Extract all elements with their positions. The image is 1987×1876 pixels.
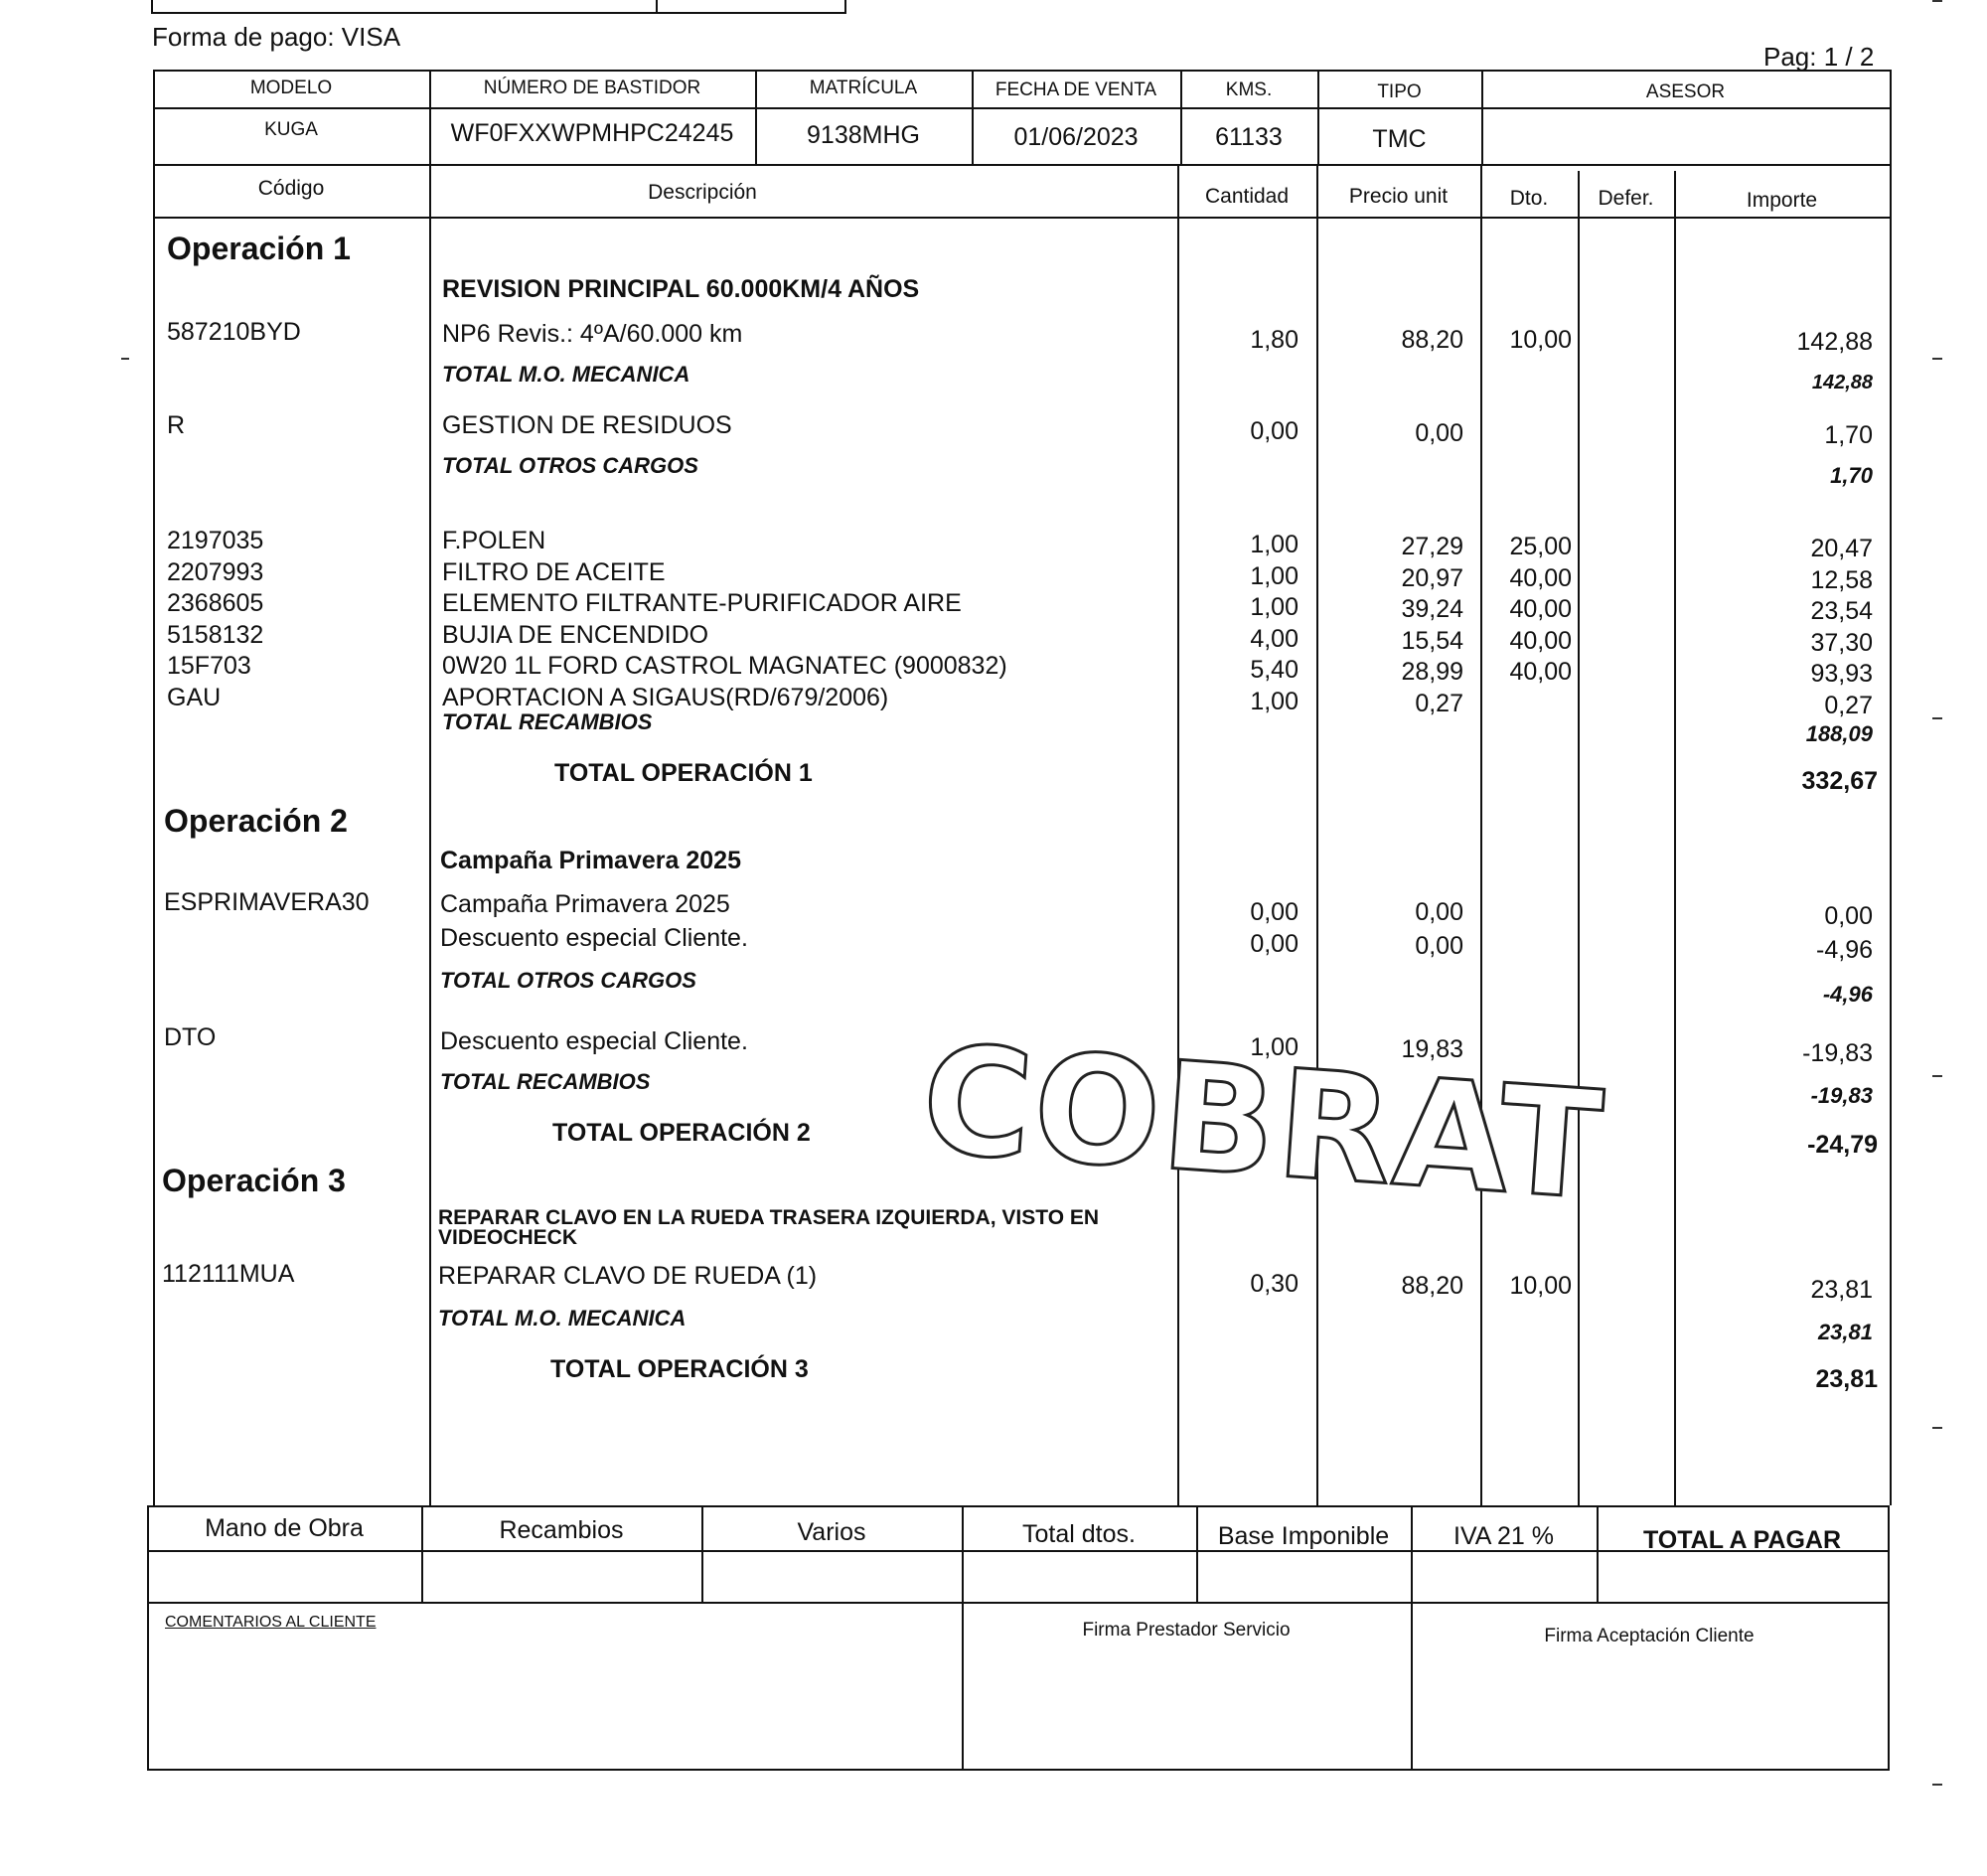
col-dto: Dto. (1480, 187, 1578, 211)
group-total-label: TOTAL M.O. MECANICA (442, 362, 689, 388)
margin-mark (1932, 1427, 1942, 1429)
row-desc: Descuento especial Cliente. (440, 924, 748, 953)
operation-total: -24,79 (1674, 1131, 1878, 1160)
header-matricula: MATRÍCULA (755, 78, 972, 99)
group-total: 142,88 (1674, 372, 1873, 394)
row-desc: Descuento especial Cliente. (440, 1027, 748, 1056)
row-code: 2207993 (167, 558, 263, 587)
header-bastidor: NÚMERO DE BASTIDOR (429, 78, 755, 99)
page-number: Pag: 1 / 2 (1763, 42, 1874, 73)
row-price: 0,00 (1316, 932, 1463, 961)
payment-label: Forma de pago: (152, 22, 335, 52)
margin-mark (1932, 1075, 1942, 1077)
group-total-label: TOTAL OTROS CARGOS (440, 968, 696, 994)
summary-recambios: Recambios (421, 1516, 701, 1545)
row-code: 112111MUA (162, 1260, 294, 1289)
row-amount: 0,00 (1674, 902, 1873, 931)
row-amount: 93,93 (1674, 660, 1873, 689)
row-desc: ELEMENTO FILTRANTE-PURIFICADOR AIRE (442, 589, 962, 618)
col-cantidad: Cantidad (1177, 185, 1316, 209)
group-total-label: TOTAL M.O. MECANICA (438, 1306, 686, 1331)
row-desc: Campaña Primavera 2025 (440, 890, 730, 919)
row-code: 587210BYD (167, 318, 301, 347)
margin-mark (1932, 358, 1942, 360)
margin-mark (1932, 717, 1942, 719)
value-kms: 61133 (1180, 123, 1317, 152)
summary-iva: IVA 21 % (1411, 1522, 1597, 1551)
row-dto: 40,00 (1480, 658, 1572, 687)
row-qty: 1,00 (1177, 531, 1299, 559)
row-desc: 0W20 1L FORD CASTROL MAGNATEC (9000832) (442, 652, 1007, 681)
col-defer: Defer. (1578, 187, 1674, 211)
row-code: 15F703 (167, 652, 251, 681)
row-price: 0,27 (1316, 690, 1463, 718)
row-qty: 1,00 (1177, 593, 1299, 622)
row-price: 15,54 (1316, 627, 1463, 656)
row-qty: 0,00 (1177, 898, 1299, 927)
row-qty: 1,00 (1177, 562, 1299, 591)
previous-box-left (151, 0, 153, 14)
row-code: ESPRIMAVERA30 (164, 888, 370, 917)
header-tipo: TIPO (1317, 81, 1481, 103)
operation-heading: Campaña Primavera 2025 (440, 847, 741, 875)
margin-mark (1932, 0, 1942, 2)
summary-mano-de-obra: Mano de Obra (147, 1514, 421, 1543)
value-tipo: TMC (1317, 125, 1481, 154)
row-amount: 142,88 (1674, 328, 1873, 357)
row-amount: -4,96 (1674, 936, 1873, 965)
provider-signature-label: Firma Prestador Servicio (962, 1620, 1411, 1641)
header-fecha-venta: FECHA DE VENTA (972, 79, 1180, 101)
row-code: 5158132 (167, 621, 263, 650)
header-kms: KMS. (1180, 79, 1317, 101)
value-modelo: KUGA (153, 119, 429, 141)
row-desc: APORTACION A SIGAUS(RD/679/2006) (442, 684, 888, 712)
operation-heading: REPARAR CLAVO EN LA RUEDA TRASERA IZQUIE… (438, 1208, 1153, 1248)
row-price: 20,97 (1316, 564, 1463, 593)
row-amount: 23,54 (1674, 597, 1873, 626)
paid-stamp: COBRAT (917, 1014, 1609, 1233)
row-qty: 1,80 (1177, 326, 1299, 355)
summary-total-dtos: Total dtos. (962, 1520, 1196, 1549)
row-code: R (167, 411, 185, 440)
row-price: 0,00 (1316, 419, 1463, 448)
row-dto: 10,00 (1480, 1272, 1572, 1301)
row-amount: 37,30 (1674, 629, 1873, 658)
row-dto: 10,00 (1480, 326, 1572, 355)
row-desc: NP6 Revis.: 4ºA/60.000 km (442, 320, 742, 349)
payment-value: VISA (342, 22, 400, 52)
row-desc: FILTRO DE ACEITE (442, 558, 666, 587)
group-total-label: TOTAL RECAMBIOS (442, 709, 652, 735)
operation-total: 332,67 (1674, 767, 1878, 796)
row-amount: -19,83 (1674, 1039, 1873, 1068)
row-desc: F.POLEN (442, 527, 545, 555)
operation-total: 23,81 (1674, 1365, 1878, 1394)
operation-title: Operación 3 (162, 1163, 346, 1199)
col-codigo: Código (153, 177, 429, 201)
row-code: 2368605 (167, 589, 263, 618)
row-dto: 25,00 (1480, 533, 1572, 561)
row-amount: 23,81 (1674, 1276, 1873, 1305)
row-amount: 0,27 (1674, 692, 1873, 720)
row-code: DTO (164, 1023, 216, 1052)
row-dto: 40,00 (1480, 595, 1572, 624)
summary-base-imponible: Base Imponible (1196, 1522, 1411, 1551)
value-fecha-venta: 01/06/2023 (972, 123, 1180, 152)
row-code: GAU (167, 684, 221, 712)
row-price: 88,20 (1316, 326, 1463, 355)
row-price: 27,29 (1316, 533, 1463, 561)
group-total: 1,70 (1674, 463, 1873, 489)
row-dto: 40,00 (1480, 564, 1572, 593)
row-desc: REPARAR CLAVO DE RUEDA (1) (438, 1262, 817, 1291)
summary-varios: Varios (701, 1518, 962, 1547)
row-amount: 20,47 (1674, 535, 1873, 563)
col-importe: Importe (1674, 189, 1890, 213)
operation-total-label: TOTAL OPERACIÓN 3 (550, 1355, 809, 1384)
row-desc: BUJIA DE ENCENDIDO (442, 621, 708, 650)
header-modelo: MODELO (153, 78, 429, 99)
row-code: 2197035 (167, 527, 263, 555)
row-price: 39,24 (1316, 595, 1463, 624)
payment-method: Forma de pago: VISA (152, 22, 400, 53)
row-price: 28,99 (1316, 658, 1463, 687)
group-total-label: TOTAL OTROS CARGOS (442, 453, 698, 479)
group-total: -19,83 (1674, 1083, 1873, 1109)
operation-title: Operación 1 (167, 231, 351, 267)
value-bastidor: WF0FXXWPMHPC24245 (429, 119, 755, 148)
operation-total-label: TOTAL OPERACIÓN 2 (552, 1119, 811, 1148)
row-amount: 12,58 (1674, 566, 1873, 595)
row-qty: 0,30 (1177, 1270, 1299, 1299)
client-signature-label: Firma Aceptación Cliente (1411, 1626, 1888, 1647)
group-total-label: TOTAL RECAMBIOS (440, 1069, 650, 1095)
margin-mark (121, 358, 129, 360)
operation-total-label: TOTAL OPERACIÓN 1 (554, 759, 813, 788)
group-total: 23,81 (1674, 1320, 1873, 1345)
group-total: 188,09 (1674, 721, 1873, 747)
row-qty: 0,00 (1177, 417, 1299, 446)
summary-total-a-pagar: TOTAL A PAGAR (1597, 1526, 1888, 1555)
comments-label: COMENTARIOS AL CLIENTE (165, 1614, 376, 1632)
previous-box-bottom (151, 12, 846, 14)
row-qty: 0,00 (1177, 930, 1299, 959)
row-desc: GESTION DE RESIDUOS (442, 411, 732, 440)
col-precio-unit: Precio unit (1316, 185, 1480, 209)
operation-title: Operación 2 (164, 803, 348, 840)
group-total: -4,96 (1674, 982, 1873, 1008)
header-asesor: ASESOR (1481, 81, 1890, 103)
previous-box-right (844, 0, 846, 14)
row-qty: 1,00 (1177, 688, 1299, 716)
previous-box-divider (656, 0, 658, 14)
row-price: 0,00 (1316, 898, 1463, 927)
row-dto: 40,00 (1480, 627, 1572, 656)
operation-heading: REVISION PRINCIPAL 60.000KM/4 AÑOS (442, 275, 919, 304)
col-descripcion: Descripción (429, 181, 976, 205)
row-price: 88,20 (1316, 1272, 1463, 1301)
row-qty: 4,00 (1177, 625, 1299, 654)
row-amount: 1,70 (1674, 421, 1873, 450)
margin-mark (1932, 1784, 1942, 1786)
row-qty: 5,40 (1177, 656, 1299, 685)
value-matricula: 9138MHG (755, 121, 972, 150)
